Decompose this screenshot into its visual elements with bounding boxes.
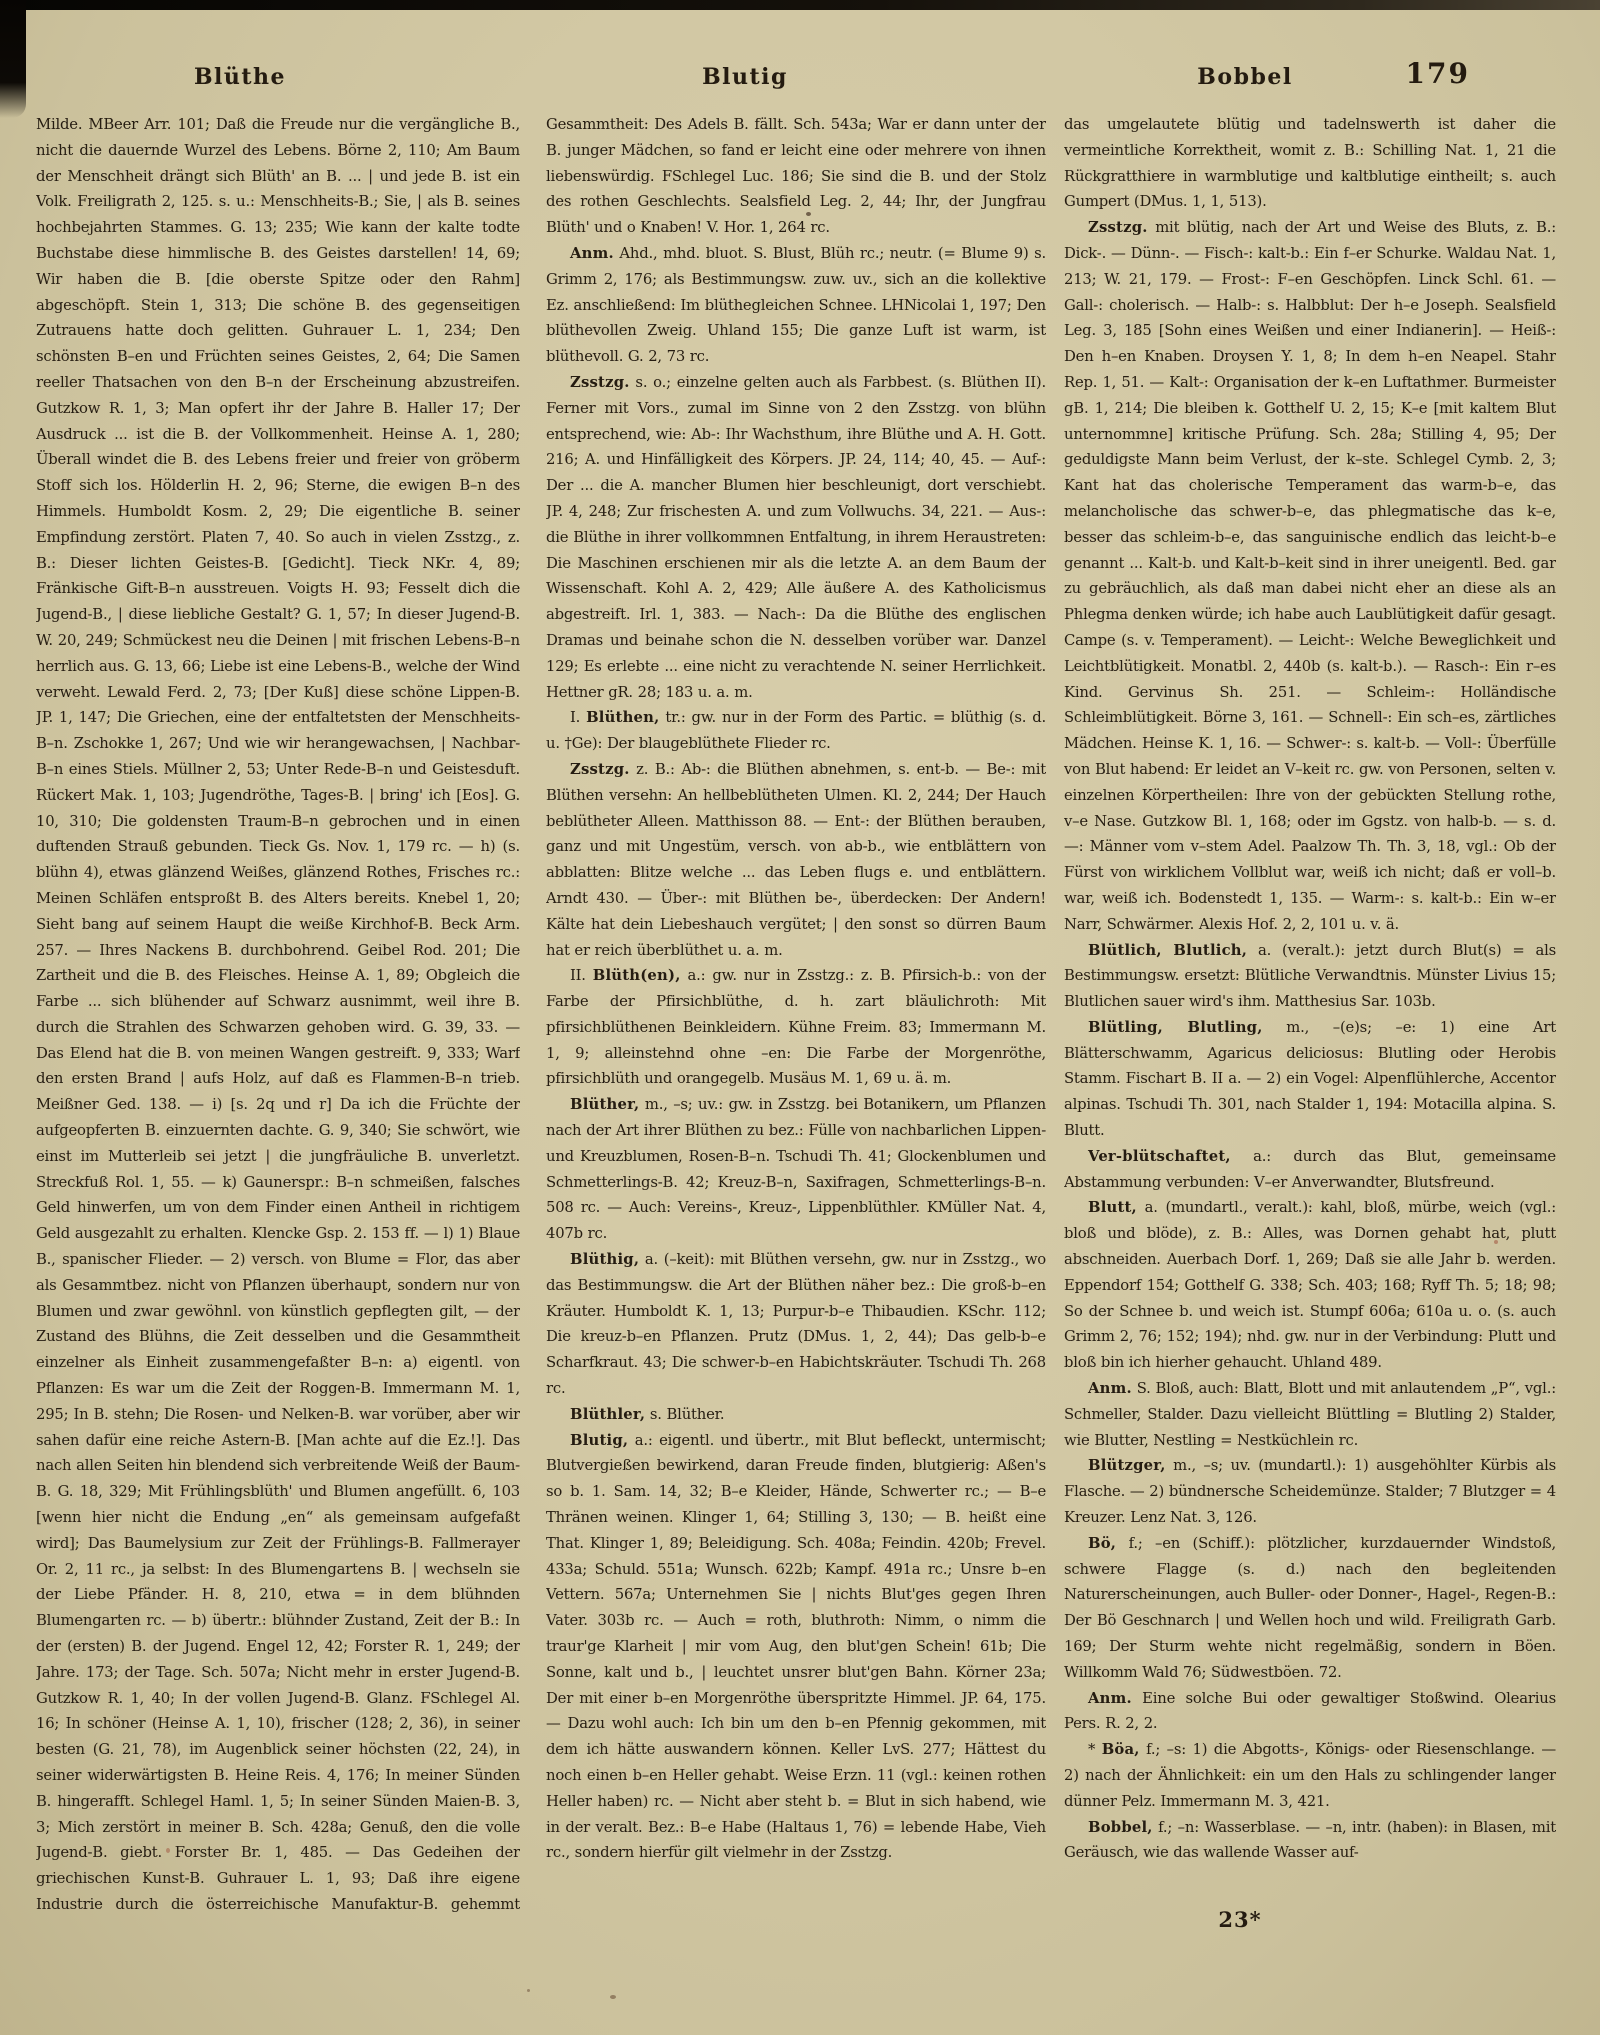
- paragraph: II. Blüth(en), a.: gw. nur in Zsstzg.: z…: [546, 963, 1046, 1092]
- paper-speck: [166, 1848, 170, 1853]
- paragraph: Zsstzg. mit blütig, nach der Art und Wei…: [1064, 215, 1556, 937]
- paragraph: Blüthig, a. (–keit): mit Blüthen versehn…: [546, 1247, 1046, 1402]
- headword: Zsstzg.: [570, 374, 630, 391]
- headword: Blutig,: [570, 1432, 628, 1449]
- headword: Bö,: [1088, 1535, 1116, 1552]
- signature-mark: 23*: [1150, 1905, 1330, 1935]
- paper-speck: [806, 212, 811, 216]
- headword: Anm.: [570, 245, 614, 262]
- paragraph: Blütlich, Blutlich, a. (veralt.): jetzt …: [1064, 938, 1556, 1015]
- paragraph: Anm. Eine solche Bui oder gewaltiger Sto…: [1064, 1686, 1556, 1738]
- paper-speck: [610, 1995, 616, 1999]
- paragraph: Bobbel, f.; –n: Wasserblase. — –n, intr.…: [1064, 1815, 1556, 1867]
- headword: Bobbel,: [1088, 1819, 1153, 1836]
- paragraph: Gesammtheit: Des Adels B. fällt. Sch. 54…: [546, 112, 1046, 241]
- text-column-left: Milde. MBeer Arr. 101; Daß die Freude nu…: [36, 112, 520, 1912]
- headword: Blüthig,: [570, 1251, 639, 1268]
- paragraph: * Böa, f.; –s: 1) die Abgotts-, Königs- …: [1064, 1737, 1556, 1814]
- headword: Blütlich, Blutlich,: [1088, 942, 1247, 959]
- running-head-center: Blutig: [630, 62, 860, 92]
- headword: Blüther,: [570, 1096, 639, 1113]
- paragraph: Blützger, m., –s; uv. (mundartl.): 1) au…: [1064, 1453, 1556, 1530]
- headword: Zsstzg.: [570, 761, 630, 778]
- paragraph: Milde. MBeer Arr. 101; Daß die Freude nu…: [36, 112, 520, 1912]
- running-head-right: Bobbel: [1130, 62, 1360, 92]
- paragraph: Blutt, a. (mundartl., veralt.): kahl, bl…: [1064, 1195, 1556, 1376]
- paragraph: Ver-blütschaftet, a.: durch das Blut, ge…: [1064, 1144, 1556, 1196]
- paragraph: Anm. S. Bloß, auch: Blatt, Blott und mit…: [1064, 1376, 1556, 1453]
- page-background: Blüthe Blutig Bobbel 179 Milde. MBeer Ar…: [0, 0, 1600, 2035]
- headword: Blüthler,: [570, 1406, 645, 1423]
- paragraph: Blütling, Blutling, m., –(e)s; –e: 1) ei…: [1064, 1015, 1556, 1144]
- headword: Anm.: [1088, 1380, 1132, 1397]
- paragraph: Anm. Ahd., mhd. bluot. S. Blust, Blüh rc…: [546, 241, 1046, 370]
- headword: Blütling, Blutling,: [1088, 1019, 1263, 1036]
- headword: Böa,: [1102, 1741, 1140, 1758]
- paragraph: Zsstzg. z. B.: Ab-: die Blüthen abnehmen…: [546, 757, 1046, 963]
- headword: Ver-blütschaftet,: [1088, 1148, 1231, 1165]
- paragraph: Zsstzg. s. o.; einzelne gelten auch als …: [546, 370, 1046, 705]
- paper-speck: [527, 1989, 530, 1992]
- headword: Blüthen,: [586, 709, 659, 726]
- running-head-left: Blüthe: [130, 62, 350, 92]
- paragraph: I. Blüthen, tr.: gw. nur in der Form des…: [546, 705, 1046, 757]
- scan-edge-top: [0, 0, 1600, 10]
- paragraph: Bö, f.; –en (Schiff.): plötzlicher, kurz…: [1064, 1531, 1556, 1686]
- text-column-right: das umgelautete blütig und tadelnswerth …: [1064, 112, 1556, 1902]
- page-number: 179: [1370, 56, 1470, 92]
- paragraph: Blutig, a.: eigentl. und übertr., mit Bl…: [546, 1428, 1046, 1867]
- paragraph: das umgelautete blütig und tadelnswerth …: [1064, 112, 1556, 215]
- headword: Zsstzg.: [1088, 219, 1148, 236]
- paragraph: Blüthler, s. Blüther.: [546, 1402, 1046, 1428]
- text-column-middle: Gesammtheit: Des Adels B. fällt. Sch. 54…: [546, 112, 1046, 1902]
- headword: Blüth(en),: [593, 967, 681, 984]
- paper-speck: [1494, 1240, 1498, 1244]
- scan-edge-corner: [0, 0, 26, 118]
- headword: Blutt,: [1088, 1199, 1137, 1216]
- headword: Blützger,: [1088, 1457, 1166, 1474]
- paragraph: Blüther, m., –s; uv.: gw. in Zsstzg. bei…: [546, 1092, 1046, 1247]
- headword: Anm.: [1088, 1690, 1132, 1707]
